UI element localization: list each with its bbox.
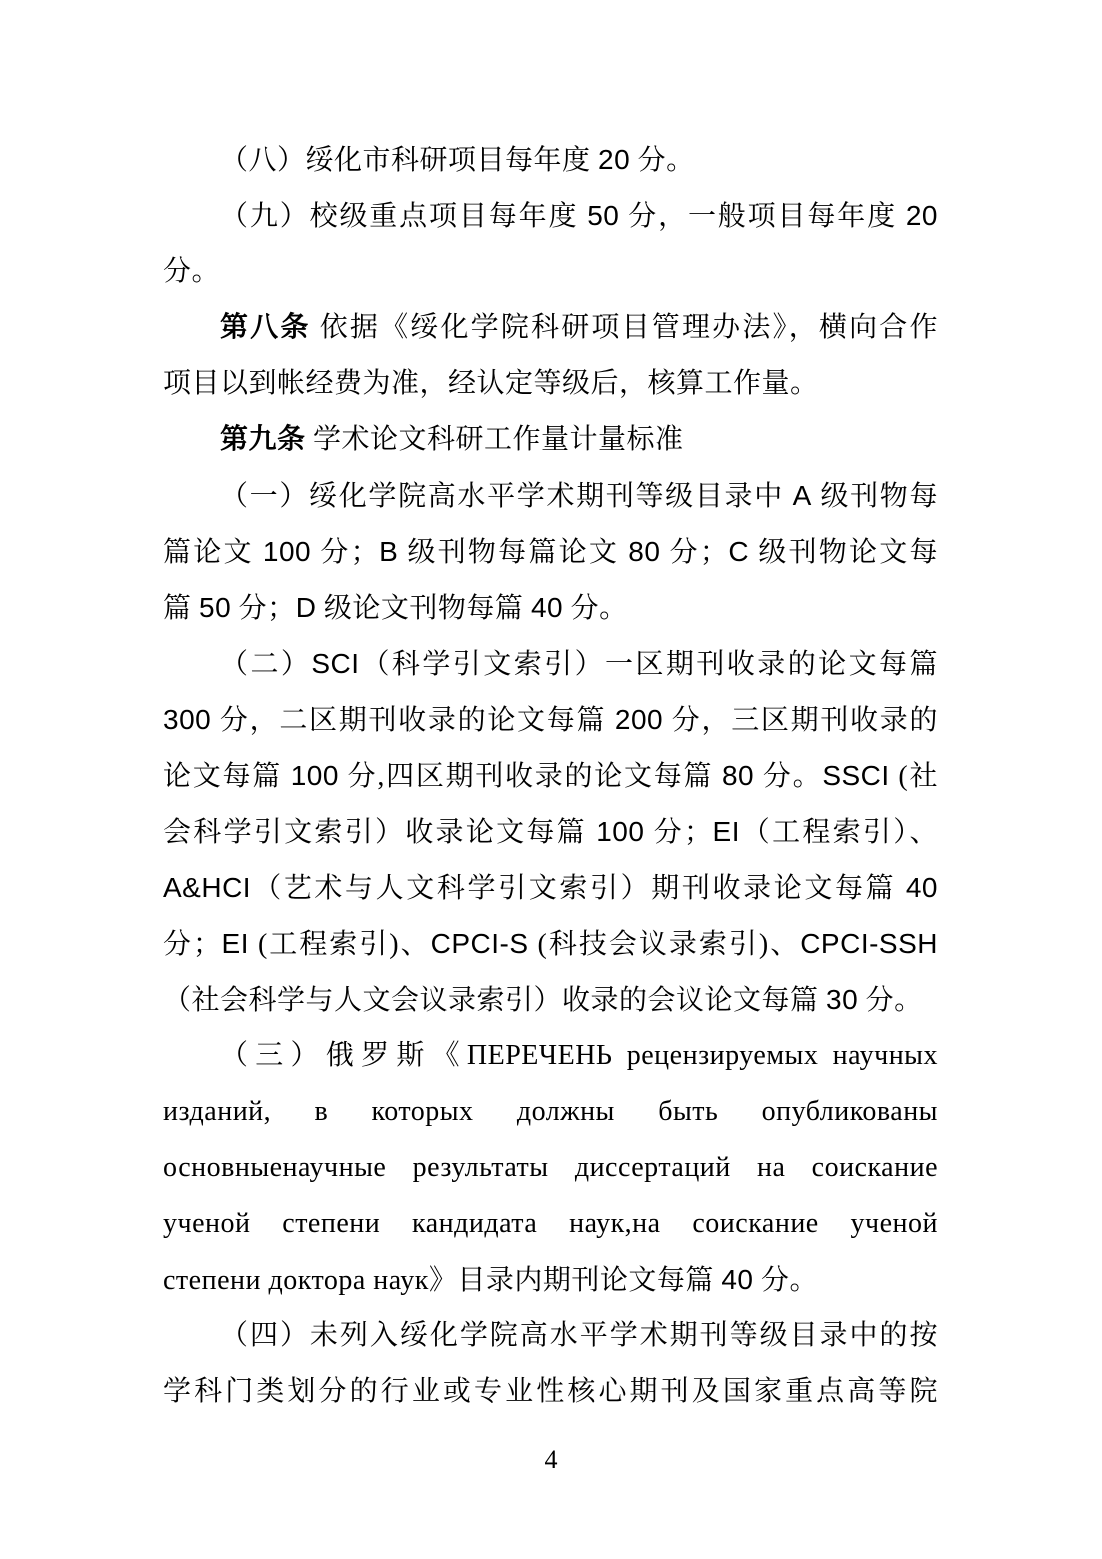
text-run: 80 bbox=[628, 536, 660, 567]
text-line: ученой степени кандидата наук,на соискан… bbox=[163, 1196, 938, 1252]
text-run: 篇论文 bbox=[163, 537, 263, 568]
text-run: D bbox=[296, 592, 317, 623]
text-run: ученой степени кандидата наук,на соискан… bbox=[163, 1208, 938, 1239]
text-run: 200 bbox=[615, 704, 663, 735]
text-run: (工程索引)、 bbox=[249, 929, 431, 960]
text-line: 分。 bbox=[163, 244, 938, 300]
text-run: 30 bbox=[826, 984, 858, 1015]
text-run: 40 bbox=[531, 592, 563, 623]
text-run: 级刊物每篇论文 bbox=[398, 537, 628, 568]
text-run: 20 bbox=[598, 144, 630, 175]
text-run: B bbox=[379, 536, 398, 567]
text-line: 第九条 学术论文科研工作量计量标准 bbox=[163, 412, 938, 468]
text-line: 300 分，二区期刊收录的论文每篇 200 分，三区期刊收录的 bbox=[163, 692, 938, 748]
article-heading: 第八条 bbox=[220, 312, 311, 343]
text-run: 分。 bbox=[858, 985, 923, 1016]
text-line: 分；EI (工程索引)、CPCI-S (科技会议录索引)、CPCI-SSH bbox=[163, 916, 938, 972]
text-run: （二） bbox=[220, 649, 311, 680]
text-run: 50 bbox=[587, 200, 619, 231]
text-run: основныенаучные результаты диссертаций н… bbox=[163, 1152, 938, 1183]
text-run: 级论文刊物每篇 bbox=[316, 593, 531, 624]
text-run: 分，三区期刊收录的 bbox=[663, 705, 938, 736]
text-run: C bbox=[728, 536, 749, 567]
document-page: （八）绥化市科研项目每年度 20 分。（九）校级重点项目每年度 50 分，一般项… bbox=[0, 0, 1102, 1559]
text-run: степени доктора наук bbox=[163, 1265, 429, 1296]
text-run: 分； bbox=[231, 593, 296, 624]
text-run: 分。 bbox=[563, 593, 628, 624]
text-line: изданий, в которых должны быть опубликов… bbox=[163, 1084, 938, 1140]
text-line: основныенаучные результаты диссертаций н… bbox=[163, 1140, 938, 1196]
text-run: 分； bbox=[311, 537, 379, 568]
text-run: 分； bbox=[163, 929, 222, 960]
text-run: （科学引文索引）一区期刊收录的论文每篇 bbox=[360, 649, 938, 680]
text-run: (科技会议录索引)、 bbox=[529, 929, 801, 960]
text-run: A&HCI bbox=[163, 872, 251, 903]
text-run: 级刊物每 bbox=[812, 481, 938, 512]
text-run: 分。 bbox=[754, 761, 822, 792]
text-line: （一）绥化学院高水平学术期刊等级目录中 A 级刊物每 bbox=[163, 468, 938, 524]
text-run: 项目以到帐经费为准，经认定等级后，核算工作量。 bbox=[163, 368, 819, 399]
text-run: （工程索引）、 bbox=[740, 817, 938, 848]
text-run: CPCI-SSH bbox=[800, 928, 938, 959]
text-line: （二）SCI（科学引文索引）一区期刊收录的论文每篇 bbox=[163, 636, 938, 692]
text-line: （社会科学与人文会议录索引）收录的会议论文每篇 30 分。 bbox=[163, 972, 938, 1028]
text-line: 项目以到帐经费为准，经认定等级后，核算工作量。 bbox=[163, 356, 938, 412]
text-run: （艺术与人文科学引文索引）期刊收录论文每篇 bbox=[251, 873, 906, 904]
text-line: 篇论文 100 分；B 级刊物每篇论文 80 分；C 级刊物论文每 bbox=[163, 524, 938, 580]
text-line: （九）校级重点项目每年度 50 分，一般项目每年度 20 bbox=[163, 188, 938, 244]
text-run: 依据《绥化学院科研项目管理办法》，横向合作 bbox=[311, 312, 938, 343]
text-line: A&HCI（艺术与人文科学引文索引）期刊收录论文每篇 40 bbox=[163, 860, 938, 916]
text-run: 分，一般项目每年度 bbox=[619, 201, 905, 232]
text-run: （三）俄罗斯《 bbox=[220, 1040, 467, 1071]
text-run: ПЕРЕЧЕНЬ рецензируемых научных bbox=[467, 1040, 938, 1071]
text-run: 分,四区期刊收录的论文每篇 bbox=[339, 761, 722, 792]
text-run: 级刊物论文每 bbox=[749, 537, 938, 568]
text-run: 100 bbox=[263, 536, 311, 567]
text-run: 分； bbox=[644, 817, 712, 848]
text-run: 》目录内期刊论文每篇 bbox=[429, 1265, 722, 1296]
text-run: （九）校级重点项目每年度 bbox=[220, 201, 587, 232]
text-run: A bbox=[793, 480, 812, 511]
text-run: 40 bbox=[906, 872, 938, 903]
text-run: 学术论文科研工作量计量标准 bbox=[306, 424, 684, 455]
text-run: 篇 bbox=[163, 593, 199, 624]
page-number: 4 bbox=[0, 1440, 1102, 1480]
text-run: （八）绥化市科研项目每年度 bbox=[220, 145, 598, 176]
text-run: 学科门类划分的行业或专业性核心期刊及国家重点高等院 bbox=[163, 1376, 938, 1407]
text-run: 会科学引文索引）收录论文每篇 bbox=[163, 817, 596, 848]
text-run: 分。 bbox=[630, 145, 695, 176]
text-run: изданий, в которых должны быть опубликов… bbox=[163, 1096, 938, 1127]
text-run: 100 bbox=[596, 816, 644, 847]
text-run: 300 bbox=[163, 704, 211, 735]
text-run: 分。 bbox=[163, 256, 220, 287]
text-run: EI bbox=[222, 928, 249, 959]
text-line: （三）俄罗斯《ПЕРЕЧЕНЬ рецензируемых научных bbox=[163, 1028, 938, 1084]
text-run: 40 bbox=[721, 1264, 753, 1295]
text-line: 篇 50 分；D 级论文刊物每篇 40 分。 bbox=[163, 580, 938, 636]
text-run: 100 bbox=[291, 760, 339, 791]
text-run: 分； bbox=[660, 537, 728, 568]
text-line: 会科学引文索引）收录论文每篇 100 分；EI（工程索引）、 bbox=[163, 804, 938, 860]
text-run: SCI bbox=[311, 648, 359, 679]
text-run: （社会科学与人文会议录索引）收录的会议论文每篇 bbox=[163, 985, 826, 1016]
text-run: （一）绥化学院高水平学术期刊等级目录中 bbox=[220, 481, 793, 512]
text-run: 50 bbox=[199, 592, 231, 623]
text-run: EI bbox=[713, 816, 740, 847]
text-run: CPCI-S bbox=[431, 928, 529, 959]
text-run: 分，二区期刊收录的论文每篇 bbox=[211, 705, 615, 736]
text-run: (社 bbox=[890, 761, 938, 792]
text-line: 学科门类划分的行业或专业性核心期刊及国家重点高等院 bbox=[163, 1364, 938, 1420]
text-run: （四）未列入绥化学院高水平学术期刊等级目录中的按 bbox=[220, 1320, 938, 1351]
text-line: степени доктора наук》目录内期刊论文每篇 40 分。 bbox=[163, 1252, 938, 1308]
text-run: 论文每篇 bbox=[163, 761, 291, 792]
document-body: （八）绥化市科研项目每年度 20 分。（九）校级重点项目每年度 50 分，一般项… bbox=[163, 132, 938, 1420]
text-run: 80 bbox=[722, 760, 754, 791]
text-line: 论文每篇 100 分,四区期刊收录的论文每篇 80 分。SSCI (社 bbox=[163, 748, 938, 804]
text-line: （八）绥化市科研项目每年度 20 分。 bbox=[163, 132, 938, 188]
text-run: 20 bbox=[906, 200, 938, 231]
text-line: （四）未列入绥化学院高水平学术期刊等级目录中的按 bbox=[163, 1308, 938, 1364]
document-lines: （八）绥化市科研项目每年度 20 分。（九）校级重点项目每年度 50 分，一般项… bbox=[163, 132, 938, 1420]
article-heading: 第九条 bbox=[220, 424, 306, 455]
text-run: SSCI bbox=[822, 760, 889, 791]
text-run: 分。 bbox=[754, 1265, 819, 1296]
text-line: 第八条 依据《绥化学院科研项目管理办法》，横向合作 bbox=[163, 300, 938, 356]
